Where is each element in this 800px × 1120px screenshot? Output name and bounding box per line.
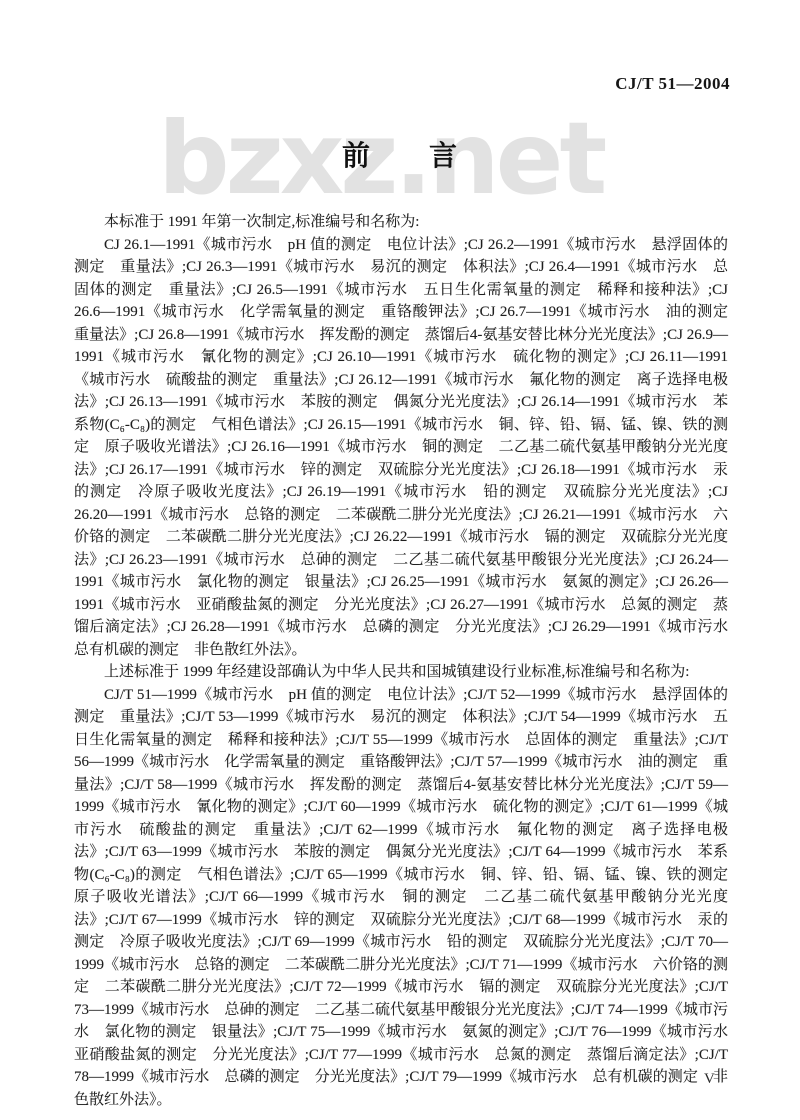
body-paragraph-cjt-list: CJ/T 51—1999《城市污水 pH 值的测定 电位计法》;CJ/T 52—… bbox=[74, 684, 728, 1112]
body-text-block: 本标准于 1991 年第一次制定,标准编号和名称为: CJ 26.1—1991《… bbox=[74, 211, 728, 1111]
body-paragraph-cj26-list: CJ 26.1—1991《城市污水 pH 值的测定 电位计法》;CJ 26.2—… bbox=[74, 234, 728, 662]
standard-number-header: CJ/T 51—2004 bbox=[615, 74, 730, 94]
page-title: 前 言 bbox=[0, 134, 800, 174]
document-page: bzxz.net CJ/T 51—2004 前 言 本标准于 1991 年第一次… bbox=[0, 0, 800, 1120]
page-number: V bbox=[704, 1071, 715, 1088]
body-paragraph-intro-1999: 上述标准于 1999 年经建设部确认为中华人民共和国城镇建设行业标准,标准编号和… bbox=[74, 661, 728, 684]
body-paragraph-intro-1991: 本标准于 1991 年第一次制定,标准编号和名称为: bbox=[74, 211, 728, 234]
